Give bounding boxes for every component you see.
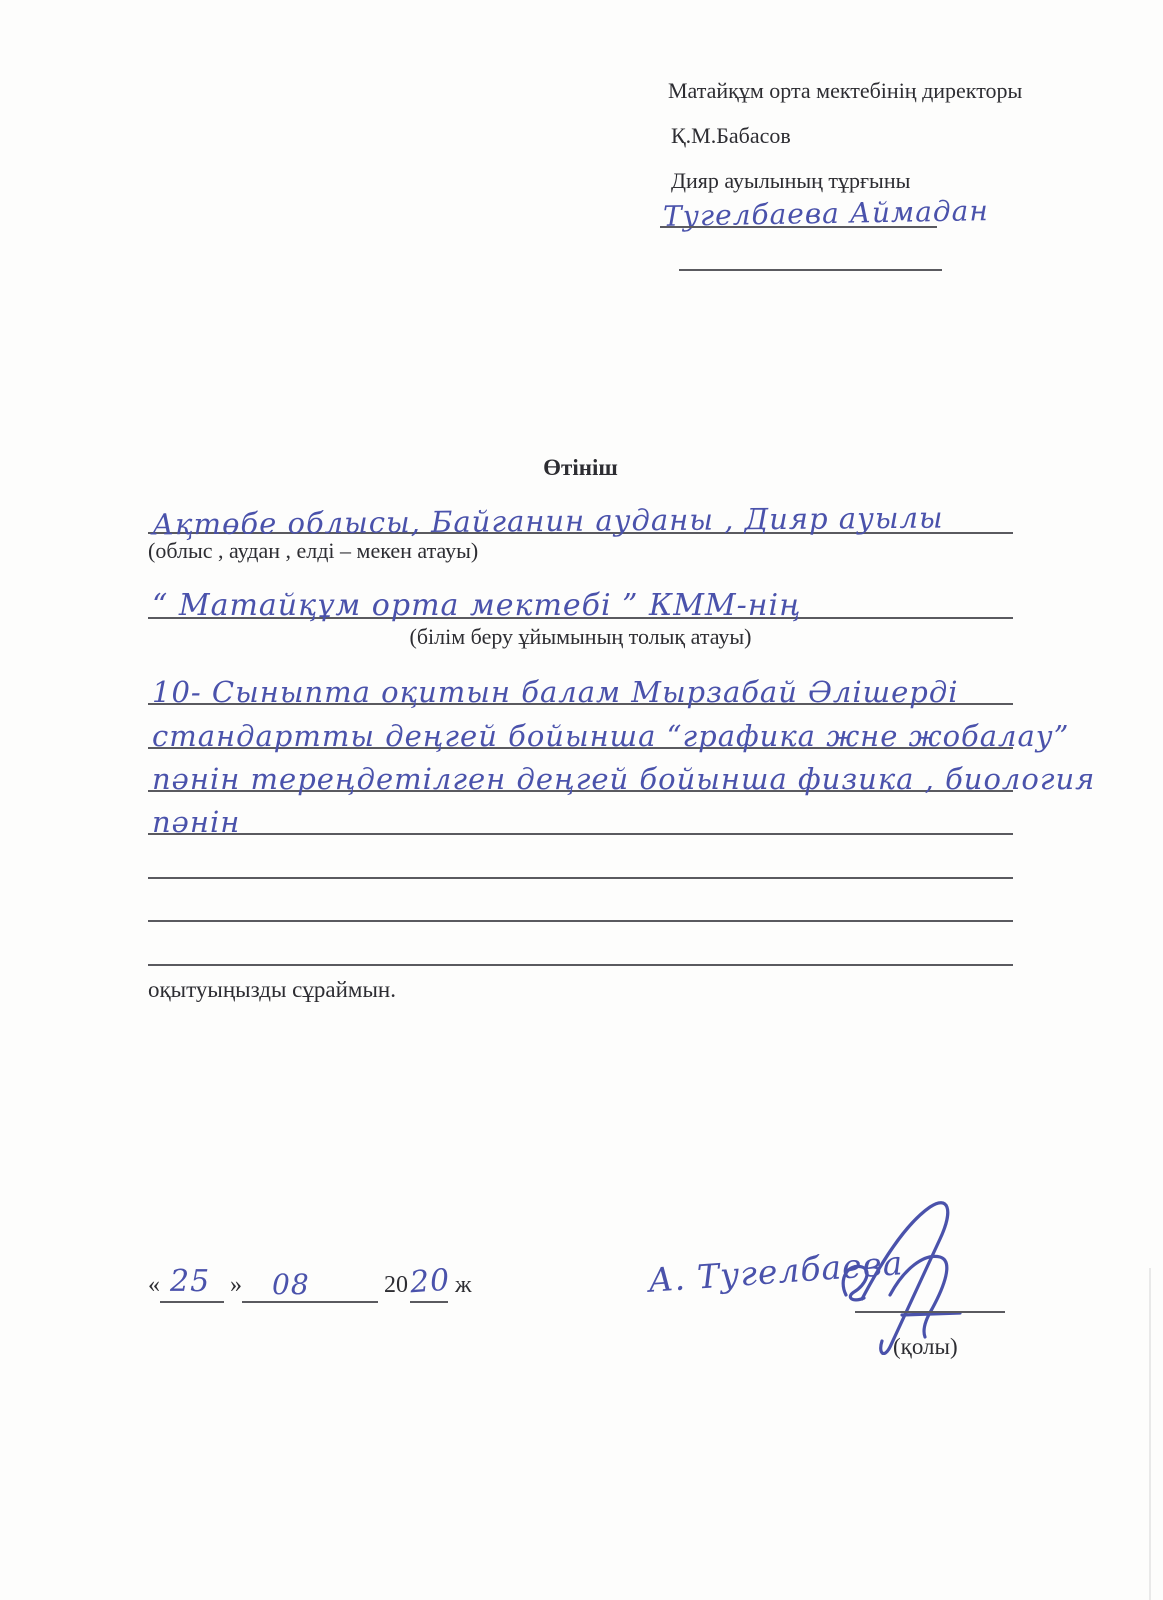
body-fill-line: пәнін тереңдетілген деңгей бойынша физик… [148,750,1013,792]
signature-flourish [832,1195,982,1355]
body-fill-line-empty [148,924,1013,966]
location-caption: (облыс , аудан , елді – мекен атауы) [148,538,478,564]
date-month-handwritten: 08 [272,1268,310,1301]
body-fill-line-empty [148,837,1013,879]
body-fill-line-empty [148,880,1013,922]
scanned-application-page: Матайқұм орта мектебінің директоры Қ.М.Б… [0,0,1163,1600]
applicant-residence-line: Дияр ауылының тұрғыны [671,168,910,194]
body-handwritten-line: стандартты деңгей бойынша “графика жне ж… [152,719,1069,753]
body-fill-line: пәнін [148,793,1013,835]
location-handwritten: Ақтөбе облысы, Байганин ауданы , Дияр ау… [152,501,944,542]
date-month-underline: 08 [242,1268,378,1303]
blank-underline [679,269,942,271]
signature-underline [855,1311,1005,1313]
date-day-underline: 25 [160,1268,224,1303]
body-handwritten-line: пәнін [152,805,240,839]
body-handwritten-line: 10- Сыныпта оқитын балам Мырзабай Әлішер… [152,675,958,709]
school-handwritten: “ Матайқұм орта мектебі ” КММ-нің [152,588,802,623]
date-year-underline: 20 [410,1268,448,1303]
closing-phrase: оқытуыңызды сұраймын. [148,977,396,1003]
signature-caption: (қолы) [893,1334,958,1360]
date-day-handwritten: 25 [170,1264,210,1299]
body-handwritten-line: пәнін тереңдетілген деңгей бойынша физик… [152,762,1095,796]
body-fill-line: стандартты деңгей бойынша “графика жне ж… [148,707,1013,749]
school-fill-line: “ Матайқұм орта мектебі ” КММ-нің [148,577,1013,619]
scan-edge-shadow [1149,1268,1151,1600]
date-open-quote: « [148,1272,160,1299]
date-century-printed: 20 [384,1272,408,1299]
recipient-director-name: Қ.М.Бабасов [671,123,791,149]
location-fill-line: Ақтөбе облысы, Байганин ауданы , Дияр ау… [148,492,1013,534]
applicant-name-underline [660,226,937,228]
date-suffix: ж [455,1272,472,1299]
document-title: Өтініш [148,455,1013,481]
body-fill-line: 10- Сыныпта оқитын балам Мырзабай Әлішер… [148,663,1013,705]
date-close-quote: » [230,1272,242,1299]
recipient-director-line: Матайқұм орта мектебінің директоры [668,78,1022,104]
date-year-handwritten: 20 [409,1263,452,1301]
school-caption: (білім беру ұйымының толық атауы) [148,624,1013,650]
